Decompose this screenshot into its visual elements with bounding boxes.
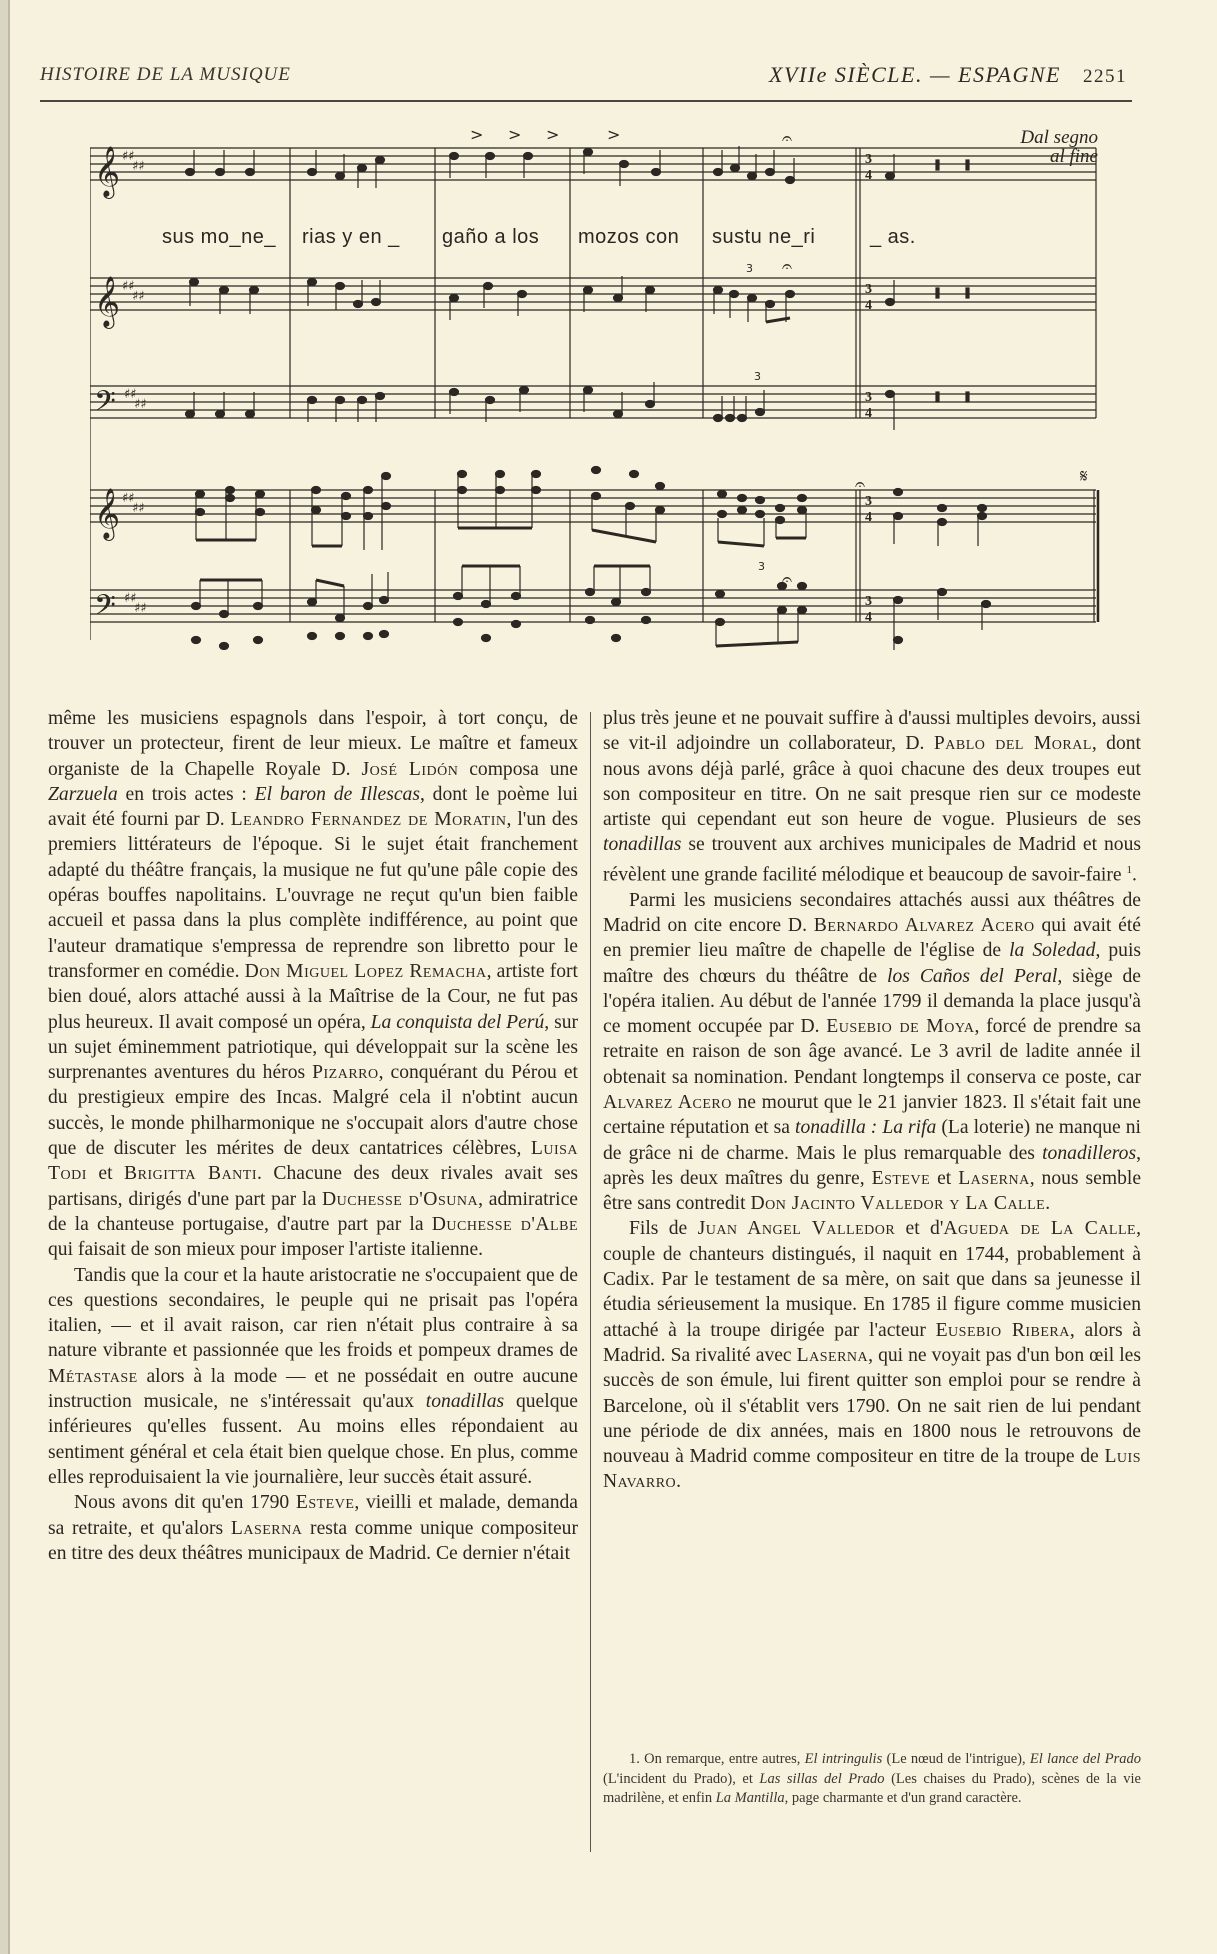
svg-text:3: 3 bbox=[865, 152, 872, 167]
person-name: Esteve bbox=[296, 1492, 355, 1513]
paragraph: Nous avons dit qu'en 1790 Esteve, vieill… bbox=[48, 1490, 578, 1566]
paragraph: Fils de Juan Angel Valledor et d'Agueda … bbox=[603, 1216, 1141, 1494]
svg-text:𝄢: 𝄢 bbox=[94, 385, 116, 425]
text-run: . bbox=[676, 1471, 681, 1492]
italic-title: La conquista del Perú bbox=[371, 1012, 545, 1033]
person-name: Don Jacinto Valledor y La Calle bbox=[750, 1193, 1045, 1214]
lyric-syllable: _ as. bbox=[870, 226, 916, 249]
person-name: Duchesse d'Osuna bbox=[322, 1189, 478, 1210]
dal-segno-direction: Dal segno al fine bbox=[1020, 128, 1098, 166]
person-name: Esteve bbox=[872, 1168, 931, 1189]
lyric-syllable: sustu ne_ri bbox=[712, 226, 815, 249]
footnote: 1. On remarque, entre autres, El intring… bbox=[603, 1750, 1141, 1809]
paragraph: plus très jeune et ne pouvait suffire à … bbox=[603, 706, 1141, 888]
text-run: Fils de bbox=[629, 1218, 698, 1239]
italic-title: tonadilleros bbox=[1042, 1143, 1136, 1164]
text-run: (Le nœud de l'intrigue), bbox=[882, 1751, 1030, 1767]
section-title: XVIIe SIÈCLE. — ESPAGNE2251 bbox=[769, 62, 1127, 88]
italic-title: El baron de Illescas bbox=[255, 784, 420, 805]
text-run: se trouvent aux archives municipales de … bbox=[603, 834, 1141, 885]
svg-text:♯♯: ♯♯ bbox=[132, 501, 145, 516]
book-title: HISTOIRE DE LA MUSIQUE bbox=[40, 64, 291, 86]
person-name: Eusebio Ribera bbox=[936, 1320, 1070, 1341]
italic-title: tonadilla : La rifa bbox=[795, 1117, 936, 1138]
person-name: Don Miguel Lopez Remacha bbox=[245, 961, 487, 982]
person-name: Laserna bbox=[958, 1168, 1029, 1189]
svg-text:♯♯: ♯♯ bbox=[134, 601, 147, 616]
lyric-syllable: sus mo_ne_ bbox=[162, 226, 276, 249]
italic-title: tonadillas bbox=[603, 834, 681, 855]
text-run: . bbox=[1045, 1193, 1050, 1214]
person-name: Pablo del Moral bbox=[934, 733, 1092, 754]
paragraph: même les musiciens espagnols dans l'espo… bbox=[48, 706, 578, 1263]
svg-text:>: > bbox=[470, 125, 483, 144]
text-run: , page charmante et d'un grand caractère… bbox=[785, 1790, 1022, 1806]
text-run: composa une bbox=[458, 759, 578, 780]
person-name: Laserna bbox=[231, 1518, 302, 1539]
text-column-right: plus très jeune et ne pouvait suffire à … bbox=[603, 706, 1141, 1495]
svg-text:𝄐: 𝄐 bbox=[855, 474, 865, 495]
svg-text:♯♯: ♯♯ bbox=[132, 159, 145, 174]
person-name: Leandro Fernandez de Moratin bbox=[231, 809, 507, 830]
svg-text:3: 3 bbox=[865, 390, 872, 405]
svg-text:>: > bbox=[546, 125, 559, 144]
text-run: On remarque, entre autres, bbox=[644, 1751, 804, 1767]
svg-text:𝄐: 𝄐 bbox=[782, 256, 792, 277]
svg-text:4: 4 bbox=[865, 298, 872, 313]
page-number: 2251 bbox=[1083, 66, 1127, 87]
text-run: , l'un des premiers littérateurs de l'ép… bbox=[48, 809, 578, 982]
italic-title: El intringulis bbox=[805, 1751, 883, 1767]
svg-text:4: 4 bbox=[865, 406, 872, 421]
lyric-syllable: gaño a los bbox=[442, 226, 539, 249]
person-name: Métastase bbox=[48, 1366, 138, 1387]
svg-text:3: 3 bbox=[754, 370, 761, 383]
text-column-left: même les musiciens espagnols dans l'espo… bbox=[48, 706, 578, 1566]
svg-text:𝄋: 𝄋 bbox=[1080, 466, 1088, 487]
italic-title: tonadillas bbox=[426, 1391, 504, 1412]
lyric-syllable: mozos con bbox=[578, 226, 679, 249]
svg-text:𝄢: 𝄢 bbox=[94, 589, 116, 629]
footnote-number: 1. bbox=[629, 1751, 644, 1767]
svg-text:3: 3 bbox=[865, 494, 872, 509]
text-run: Tandis que la cour et la haute aristocra… bbox=[48, 1265, 578, 1362]
person-name: Juan Angel Valledor bbox=[698, 1218, 896, 1239]
svg-text:𝄐: 𝄐 bbox=[782, 128, 792, 149]
italic-title: Zarzuela bbox=[48, 784, 118, 805]
text-run: (L'incident du Prado), et bbox=[603, 1771, 759, 1787]
svg-text:3: 3 bbox=[865, 282, 872, 297]
person-name: Alvarez Acero bbox=[603, 1092, 732, 1113]
italic-title: la Soledad bbox=[1009, 940, 1095, 961]
svg-text:4: 4 bbox=[865, 610, 872, 625]
dal-segno-line2: al fine bbox=[1020, 147, 1098, 166]
person-name: Agueda de La Calle bbox=[943, 1218, 1136, 1239]
italic-title: Las sillas del Prado bbox=[759, 1771, 884, 1787]
binding-shadow-line bbox=[8, 0, 10, 1954]
svg-text:3: 3 bbox=[865, 594, 872, 609]
lyrics-line: sus mo_ne_ rias y en _ gaño a los mozos … bbox=[90, 226, 1110, 252]
person-name: Bernardo Alvarez Acero bbox=[814, 915, 1035, 936]
text-run: qui faisait de son mieux pour imposer l'… bbox=[48, 1239, 483, 1260]
header-rule bbox=[40, 100, 1132, 102]
svg-text:4: 4 bbox=[865, 168, 872, 183]
svg-text:3: 3 bbox=[758, 560, 765, 573]
column-divider bbox=[590, 712, 591, 1852]
person-name: Eusebio de Moya bbox=[826, 1016, 974, 1037]
svg-text:♯♯: ♯♯ bbox=[134, 397, 147, 412]
svg-text:4: 4 bbox=[865, 510, 872, 525]
svg-text:>: > bbox=[607, 125, 620, 144]
text-run: et d' bbox=[895, 1218, 943, 1239]
svg-text:>: > bbox=[508, 125, 521, 144]
italic-title: La Mantilla bbox=[716, 1790, 785, 1806]
person-name: Duchesse d'Albe bbox=[432, 1214, 578, 1235]
svg-text:𝄞: 𝄞 bbox=[94, 488, 120, 541]
svg-text:𝄞: 𝄞 bbox=[94, 276, 120, 329]
person-name: Laserna bbox=[797, 1345, 868, 1366]
dal-segno-line1: Dal segno bbox=[1020, 128, 1098, 147]
person-name: José Lidón bbox=[361, 759, 458, 780]
person-name: Brigitta Banti bbox=[124, 1163, 257, 1184]
svg-text:𝄞: 𝄞 bbox=[94, 146, 120, 199]
lyric-syllable: rias y en _ bbox=[302, 226, 400, 249]
running-head: HISTOIRE DE LA MUSIQUE XVIIe SIÈCLE. — E… bbox=[40, 62, 1127, 92]
person-name: Pizarro bbox=[312, 1062, 379, 1083]
page-binding-edge bbox=[0, 0, 8, 1954]
paragraph: Parmi les musiciens secondaires attachés… bbox=[603, 888, 1141, 1217]
text-run: et bbox=[87, 1163, 124, 1184]
italic-title: los Caños del Peral bbox=[887, 966, 1057, 987]
text-run: et bbox=[930, 1168, 958, 1189]
svg-text:♯♯: ♯♯ bbox=[132, 289, 145, 304]
paragraph: Tandis que la cour et la haute aristocra… bbox=[48, 1263, 578, 1491]
italic-title: El lance del Prado bbox=[1030, 1751, 1141, 1767]
svg-text:3: 3 bbox=[746, 262, 753, 275]
text-run: . bbox=[1132, 864, 1137, 885]
text-run: en trois actes : bbox=[118, 784, 255, 805]
section-title-text: XVIIe SIÈCLE. — ESPAGNE bbox=[769, 62, 1061, 87]
music-score: 𝄞 𝄞 𝄢 𝄞 𝄢 ♯♯♯♯ ♯♯♯♯ ♯♯♯♯ ♯♯♯♯ ♯♯♯♯ 34 34… bbox=[90, 110, 1110, 650]
score-notation: 𝄞 𝄞 𝄢 𝄞 𝄢 ♯♯♯♯ ♯♯♯♯ ♯♯♯♯ ♯♯♯♯ ♯♯♯♯ 34 34… bbox=[90, 110, 1110, 650]
text-run: Nous avons dit qu'en 1790 bbox=[74, 1492, 296, 1513]
